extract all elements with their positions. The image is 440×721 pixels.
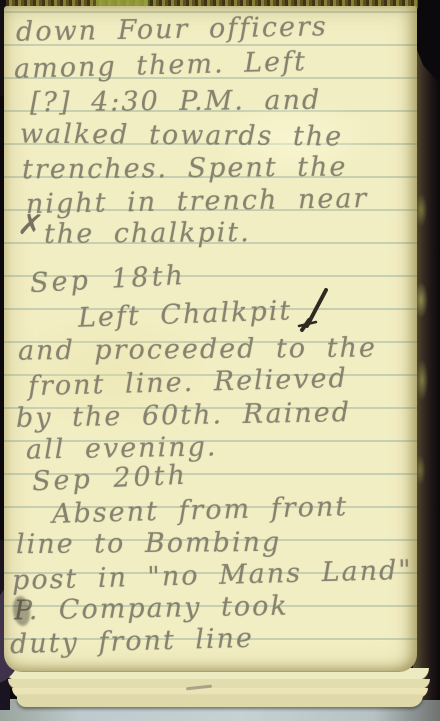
handwriting-line: [?] 4:30 P.M. and: [30, 85, 321, 119]
handwriting-line: front line. Relieved: [28, 363, 349, 402]
handwriting-line: trenches. Spent the: [22, 152, 348, 186]
scanned-notebook-page-photo: down Four officers among them. Left [?] …: [0, 0, 440, 721]
handwriting-line: all evening.: [26, 431, 218, 465]
pencil-x-mark: ✗: [16, 206, 46, 244]
handwriting-line: by the 60th. Rained: [16, 397, 352, 434]
handwriting-line: the chalkpit.: [44, 217, 251, 250]
entry-date-heading: Sep 20th: [31, 460, 188, 498]
page-stack-edge: [17, 695, 423, 707]
handwriting-line: walked towards the: [20, 119, 343, 153]
entry-date-heading: Sep 18th: [29, 260, 186, 299]
handwriting-line: down Four officers: [16, 11, 328, 47]
handwriting-line: night in trench near: [26, 183, 369, 220]
handwriting-line: Absent from front: [52, 491, 349, 530]
handwriting-line: P. Company took: [14, 591, 289, 627]
handwriting-line: post in "no Mans Land": [12, 555, 413, 596]
handwriting-line: among them. Left: [14, 46, 308, 85]
handwriting-line: line to Bombing: [16, 527, 281, 560]
diary-page: down Four officers among them. Left [?] …: [4, 6, 417, 672]
handwriting-line: and proceeded to the: [18, 332, 377, 366]
handwriting-line: duty front line: [10, 623, 255, 660]
ink-tick-mark: [296, 286, 336, 334]
handwriting-line: Left Chalkpit: [78, 295, 293, 333]
notebook-fore-edge: [413, 0, 440, 700]
